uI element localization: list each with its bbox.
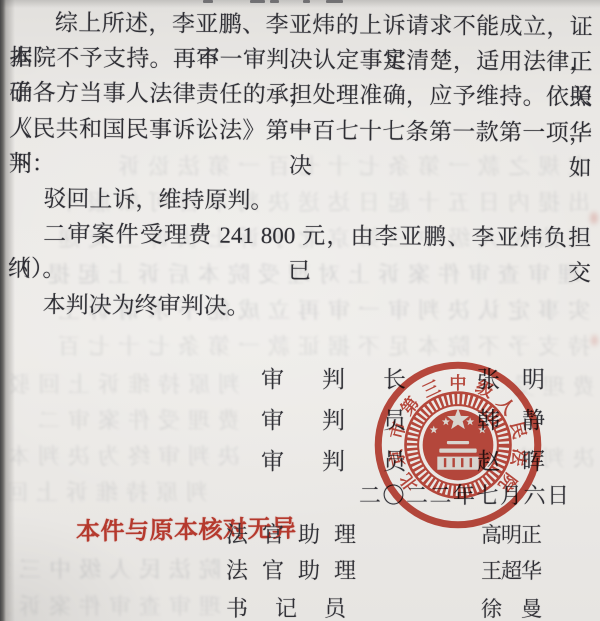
- bleedthrough-line: 判原持维诉上回驳: [10, 368, 240, 396]
- body-line-9: 本判决为终审判决。: [8, 286, 591, 326]
- body-line-4: 人民共和国民事诉讼法》第一百七十七条第一款第一项，判决如: [9, 111, 592, 151]
- staff-name: 徐曼: [481, 593, 561, 621]
- body-line-7: 二审案件受理费 241 800 元，由李亚鹏、李亚炜负担（已交: [8, 216, 591, 256]
- national-emblem: [406, 393, 511, 498]
- bleedthrough-line: 决判审终为决判本: [10, 440, 240, 468]
- svg-text:院: 院: [494, 469, 521, 495]
- body-line-1: 综上所述，李亚鹏、李亚炜的上诉请求不能成立，证据不足，: [10, 5, 593, 45]
- top-edge-cutoff-marks: [270, 0, 279, 3]
- judgment-body-text: 综上所述，李亚鹏、李亚炜的上诉请求不能成立，证据不足， 本院不予支持。再审一审判…: [8, 5, 593, 326]
- staff-role-label: 书记员: [226, 592, 373, 621]
- body-line-6: 驳回上诉，维持原判。: [8, 181, 591, 221]
- ink-smudge: [591, 335, 598, 346]
- bleedthrough-line: 理审查审件案诉上对理受院本后诉上起提: [6, 590, 221, 618]
- staff-role-label: 法官助理: [226, 518, 370, 549]
- top-edge-cutoff-marks: [203, 0, 213, 3]
- court-judgment-page: 定规之款一第条七十七百一第法讼诉事民国和共 出提内日五十起日达送决判本自可如服不…: [0, 0, 600, 621]
- bleedthrough-line: 院法民人级中三第京北于诉上状诉上交递: [6, 553, 221, 581]
- official-court-seal: 北京市第三中级人民法院: [352, 339, 564, 551]
- staff-name: 王超华: [481, 555, 541, 585]
- svg-text:中: 中: [449, 373, 466, 393]
- top-edge-cutoff-marks: [303, 0, 310, 3]
- body-line-3: 于各方当事人法律责任的承担处理准确，应予维持。依照《中华: [9, 75, 592, 115]
- bleedthrough-line: 判原持维诉上回驳: [8, 476, 208, 504]
- bleedthrough-line: 费理受件案审二: [10, 404, 240, 432]
- top-edge-cutoff-marks: [250, 0, 265, 3]
- staff-role-label: 法官助理: [226, 554, 370, 585]
- top-edge-cutoff-marks: [326, 0, 343, 3]
- body-line-2: 本院不予支持。再审一审判决认定事实清楚，适用法律正确，关: [9, 40, 592, 80]
